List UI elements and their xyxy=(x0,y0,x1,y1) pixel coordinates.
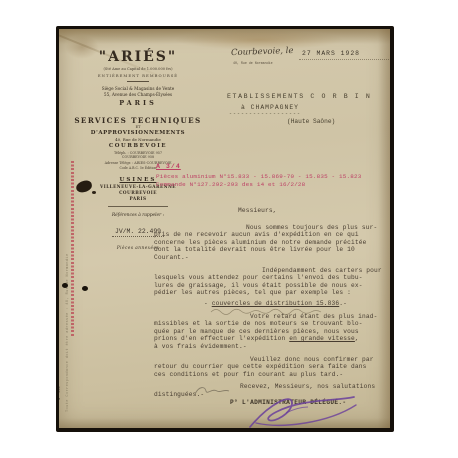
head-office-address: 55, Avenue des Champs-Élysées xyxy=(71,92,205,97)
date-place-script: Courbevoie, le xyxy=(231,46,294,58)
body-line: pris de ne recevoir aucun avis d'expédit… xyxy=(154,231,390,239)
body-line: concerne les pièces aluminium de notre d… xyxy=(154,239,390,247)
body-line: quée par le manque de ces dernières pièc… xyxy=(154,328,390,336)
recipient-name: ETABLISSEMENTS C O R B I N xyxy=(227,93,371,100)
head-office-title: Siège Social & Magasins de Vente xyxy=(71,86,205,91)
divider xyxy=(127,81,149,82)
body-line: Indépendamment des carters pour xyxy=(154,267,390,275)
services-city: COURBEVOIE xyxy=(71,143,205,149)
recipient-dashes: ------------------ xyxy=(229,111,371,117)
pencil-annotation xyxy=(209,306,341,316)
stamp-order-line: Commande N°127.292-293 des 14 et 16/2/28 xyxy=(156,181,361,188)
capital-caption2: ENTIÈREMENT REMBOURSÉ xyxy=(71,73,205,78)
ink-blot-dot xyxy=(92,191,96,194)
recipient-region: (Haute Saône) xyxy=(287,118,371,125)
company-name: "ARIÉS" xyxy=(71,49,205,65)
body-line: lesquels vous attendez pour certains l'e… xyxy=(154,274,390,282)
body-line: Veuillez donc nous confirmer par xyxy=(154,356,390,364)
body-line: à vos frais évidemment.- xyxy=(154,343,390,351)
body-line: retour du courrier que cette expédition … xyxy=(154,363,390,371)
date-underline xyxy=(299,59,390,60)
form-number: N° 114 xyxy=(59,386,62,400)
body-line-part: , xyxy=(355,335,359,342)
stamp-code: A 3/4 xyxy=(156,163,361,170)
underlined-phrase: en grande vitesse xyxy=(289,335,355,342)
services-title: SERVICES TECHNIQUES xyxy=(71,116,205,125)
body-line: Nous sommes toujours des plus sur- xyxy=(154,224,390,232)
factory-location: PARIS xyxy=(71,196,205,201)
body-line: pédier les autres pièces, tel que par ex… xyxy=(154,289,390,297)
capital-caption: (Sté Ame au Capital de 1.000.000 frs) xyxy=(71,67,205,71)
phone-line-2: COURBEVOIE 958 xyxy=(71,155,205,159)
recipient-city: à CHAMPAGNEY xyxy=(241,104,371,111)
head-office-city: PARIS xyxy=(71,99,205,107)
body-line: Courant.- xyxy=(154,254,390,262)
punch-hole xyxy=(62,283,68,288)
vertical-side-note: Toute Correspondance doit être adressée … xyxy=(66,253,70,412)
closing-line: Recevez, Messieurs, nos salutations xyxy=(154,383,390,391)
stamp-pieces-line: Pièces aluminium N°15.833 - 15.869-70 - … xyxy=(156,173,361,180)
red-reference-stamp: A 3/4 Pièces aluminium N°15.833 - 15.869… xyxy=(156,163,361,188)
punch-hole xyxy=(82,286,88,291)
body-line-part: prions d'en effectuer l'expédition xyxy=(154,335,289,342)
paper-stain xyxy=(59,29,390,44)
body-line: dont la totalité devrait nous être livré… xyxy=(154,246,390,254)
recipient-block: ETABLISSEMENTS C O R B I N à CHAMPAGNEY … xyxy=(227,93,371,125)
services-et: ET xyxy=(71,125,205,129)
body-line: lures de graissage, il vous était possib… xyxy=(154,282,390,290)
red-margin-rule xyxy=(71,161,74,336)
body-line: prions d'en effectuer l'expédition en gr… xyxy=(154,335,390,343)
letter-paper: "ARIÉS" (Sté Ame au Capital de 1.000.000… xyxy=(59,29,390,428)
pencil-initials xyxy=(191,384,233,398)
body-line: ces conditions et pour fin courant au pl… xyxy=(154,371,390,379)
date-street: 40, Rue de Normandie xyxy=(233,61,273,65)
salutation: Messieurs, xyxy=(154,207,390,215)
signature xyxy=(242,391,364,428)
date-stamp: 27 MARS 1928 xyxy=(302,50,360,57)
services-address: 40, Rue de Normandie xyxy=(71,137,205,142)
services-subtitle: D'APPROVISIONNEMENTS xyxy=(71,130,205,136)
letter-photo: "ARIÉS" (Sté Ame au Capital de 1.000.000… xyxy=(56,26,394,432)
body-line: missibles et la sortie de nos moteurs se… xyxy=(154,320,390,328)
